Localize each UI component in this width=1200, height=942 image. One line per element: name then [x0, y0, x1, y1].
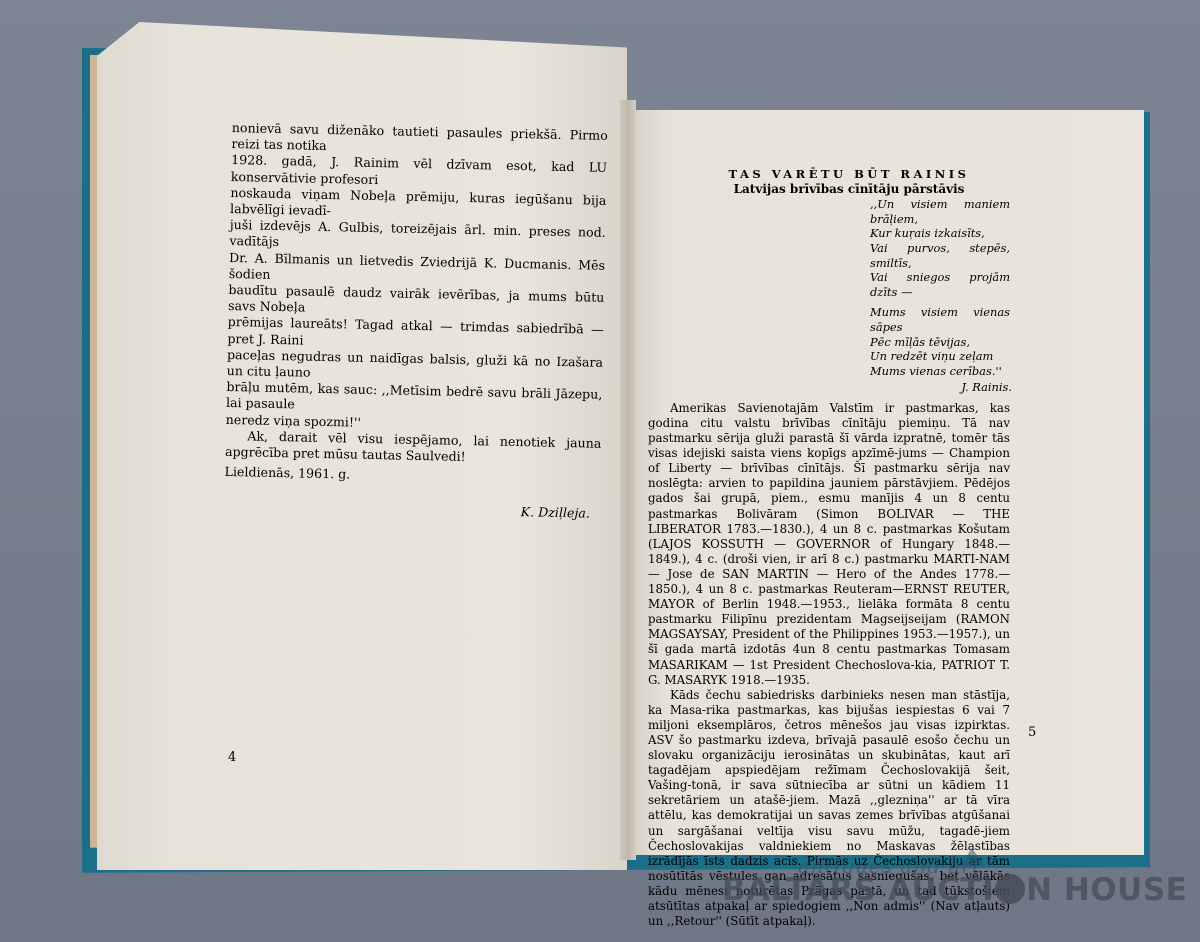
right-page-text: TAS VARĒTU BŪT RAINIS Latvijas brīvības … [648, 167, 1010, 929]
poem-line: Vai purvos, stepēs, smiltīs, [870, 241, 1010, 270]
page-number-left: 4 [228, 750, 236, 765]
poem-author: J. Rainis. [870, 380, 1012, 395]
left-page-text: nonievā savu diženāko tautieti pasaules … [224, 120, 608, 522]
brand-text-1: BALTARS AUCTI [722, 872, 994, 908]
brand-text-2: N HOUSE [1026, 872, 1187, 908]
poem-line: Mums vienas cerības.'' [870, 364, 1010, 379]
poem-stanza: ,,Un visiem maniem brāļiem, Kur kuŗais i… [870, 197, 1010, 299]
article-title: TAS VARĒTU BŪT RAINIS [648, 167, 1010, 182]
poem-line: Kur kuŗais izkaisīts, [870, 226, 1010, 241]
body-paragraph: Amerikas Savienotajām Valstīm ir pastmar… [648, 401, 1010, 688]
epigraph-poem: ,,Un visiem maniem brāļiem, Kur kuŗais i… [870, 197, 1010, 395]
page-number-right: 5 [1028, 725, 1036, 740]
date-line: Lieldienās, 1961. g. [224, 464, 600, 488]
poem-line: Mums visiem vienas sāpes [870, 305, 1010, 334]
poem-line: Un redzēt viņu zeļam [870, 349, 1010, 364]
article-subtitle: Latvijas brīvības cīnītāju pārstāvis [648, 182, 1010, 197]
circle-logo-icon [995, 874, 1025, 904]
book-gutter [620, 100, 636, 860]
poem-stanza: Mums visiem vienas sāpes Pēc mīļās tēvij… [870, 305, 1010, 378]
poem-line: Vai sniegos projām dzīts — [870, 270, 1010, 299]
closing-paragraph: Ak, darait vēl visu iespējamo, lai nenot… [225, 428, 602, 468]
watermark-brand: BALTARS AUCTIN HOUSE [722, 872, 1187, 908]
poem-line: Pēc mīļās tēvijas, [870, 335, 1010, 350]
poem-line: ,,Un visiem maniem brāļiem, [870, 197, 1010, 226]
